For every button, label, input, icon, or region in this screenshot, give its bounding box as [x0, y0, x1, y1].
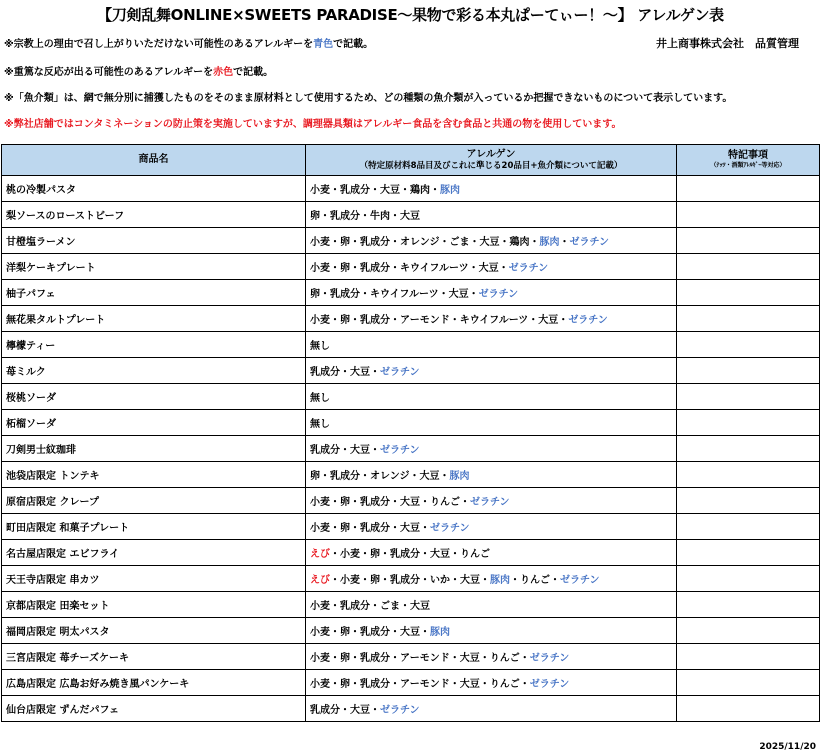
note-text: ※弊社店舗ではコンタミネーションの防止策を実施していますが、調理器具類はアレルギ… [4, 119, 621, 130]
allergen-cell: 小麦・卵・乳成分・オレンジ・ごま・大豆・鶏肉・豚肉・ゼラチン [306, 228, 677, 254]
product-name-cell: 名古屋店限定 エビフライ [2, 540, 306, 566]
allergen-cell: 小麦・卵・乳成分・アーモンド・大豆・りんご・ゼラチン [306, 644, 677, 670]
product-name-cell: 刀剣男士紋珈琲 [2, 436, 306, 462]
allergen-text: 卵・乳成分・牛肉・大豆 [310, 211, 420, 222]
product-name-cell: 原宿店限定 クレープ [2, 488, 306, 514]
allergen-religious: 豚肉 [540, 237, 560, 248]
allergen-text: 乳成分・大豆・ [310, 705, 380, 716]
table-row: 福岡店限定 明太パスタ小麦・卵・乳成分・大豆・豚肉 [2, 618, 820, 644]
allergen-cell: 小麦・乳成分・ごま・大豆 [306, 592, 677, 618]
product-name-cell: 梨ソースのローストビーフ [2, 202, 306, 228]
product-name-cell: 桃の冷製パスタ [2, 176, 306, 202]
table-row: 町田店限定 和菓子プレート小麦・卵・乳成分・大豆・ゼラチン [2, 514, 820, 540]
special-notes-cell [677, 514, 820, 540]
product-name-cell: 檸檬ティー [2, 332, 306, 358]
product-name-cell: 無花果タルトプレート [2, 306, 306, 332]
allergen-cell: 乳成分・大豆・ゼラチン [306, 696, 677, 722]
table-row: 池袋店限定 トンテキ卵・乳成分・オレンジ・大豆・豚肉 [2, 462, 820, 488]
allergen-text: 小麦・乳成分・ごま・大豆 [310, 601, 430, 612]
allergen-text: 小麦・卵・乳成分・オレンジ・ごま・大豆・鶏肉・ [310, 237, 540, 248]
table-row: 名古屋店限定 エビフライえび・小麦・卵・乳成分・大豆・りんご [2, 540, 820, 566]
allergen-cell: 小麦・卵・乳成分・アーモンド・キウイフルーツ・大豆・ゼラチン [306, 306, 677, 332]
note-severe: ※重篤な反応が出る可能性のあるアレルギーを赤色で記載。 [4, 63, 273, 78]
allergen-religious: 豚肉 [490, 575, 510, 586]
allergen-text: ・小麦・卵・乳成分・いか・大豆・ [330, 575, 490, 586]
header-product: 商品名 [2, 145, 306, 176]
special-notes-cell [677, 436, 820, 462]
allergen-text: 小麦・卵・乳成分・アーモンド・大豆・りんご・ [310, 679, 530, 690]
allergen-text: 乳成分・大豆・ [310, 445, 380, 456]
special-notes-cell [677, 540, 820, 566]
note-text: で記載。 [333, 39, 373, 50]
table-row: 洋梨ケーキプレート小麦・卵・乳成分・キウイフルーツ・大豆・ゼラチン [2, 254, 820, 280]
table-row: 桜桃ソーダ無し [2, 384, 820, 410]
allergen-religious: ゼラチン [479, 289, 519, 300]
allergen-religious: ゼラチン [560, 575, 600, 586]
note-seafood: ※「魚介類」は、網で無分別に捕獲したものをそのまま原材料として使用するため、どの… [4, 89, 732, 104]
allergen-text: 乳成分・大豆・ [310, 367, 380, 378]
special-notes-cell [677, 176, 820, 202]
special-notes-cell [677, 462, 820, 488]
table-row: 無花果タルトプレート小麦・卵・乳成分・アーモンド・キウイフルーツ・大豆・ゼラチン [2, 306, 820, 332]
allergen-text: 小麦・卵・乳成分・アーモンド・キウイフルーツ・大豆・ [310, 315, 568, 326]
table-row: 原宿店限定 クレープ小麦・卵・乳成分・大豆・りんご・ゼラチン [2, 488, 820, 514]
allergen-religious: ゼラチン [430, 523, 470, 534]
table-body: 桃の冷製パスタ小麦・乳成分・大豆・鶏肉・豚肉梨ソースのローストビーフ卵・乳成分・… [2, 176, 820, 722]
table-row: 仙台店限定 ずんだパフェ乳成分・大豆・ゼラチン [2, 696, 820, 722]
note-text: ※「魚介類」は、網で無分別に捕獲したものをそのまま原材料として使用するため、どの… [4, 93, 732, 104]
document-title: 【刀剣乱舞ONLINE×SWEETS PARADISE～果物で彩る本丸ぱーてぃー… [0, 4, 821, 25]
allergen-cell: えび・小麦・卵・乳成分・いか・大豆・豚肉・りんご・ゼラチン [306, 566, 677, 592]
special-notes-cell [677, 410, 820, 436]
special-notes-cell [677, 358, 820, 384]
product-name-cell: 柘榴ソーダ [2, 410, 306, 436]
allergen-religious: ゼラチン [380, 367, 420, 378]
table-header-row: 商品名 アレルゲン （特定原材料8品目及びこれに準じる20品目+魚介類について記… [2, 145, 820, 176]
special-notes-cell [677, 696, 820, 722]
special-notes-cell [677, 488, 820, 514]
allergen-religious: ゼラチン [380, 705, 420, 716]
special-notes-cell [677, 592, 820, 618]
special-notes-cell [677, 228, 820, 254]
product-name-cell: 広島店限定 広島お好み焼き風パンケーキ [2, 670, 306, 696]
allergen-cell: 小麦・卵・乳成分・キウイフルーツ・大豆・ゼラチン [306, 254, 677, 280]
header-notes: 特記事項 （ﾅｯﾂ・酒類ｱﾚﾙｷﾞｰ等対応） [677, 145, 820, 176]
table-row: 柘榴ソーダ無し [2, 410, 820, 436]
allergen-cell: 小麦・卵・乳成分・大豆・ゼラチン [306, 514, 677, 540]
allergen-religious: ゼラチン [530, 679, 570, 690]
allergen-religious: ゼラチン [470, 497, 510, 508]
note-highlight-red: 赤色 [213, 67, 233, 78]
product-name-cell: 三宮店限定 苺チーズケーキ [2, 644, 306, 670]
allergen-text: 小麦・卵・乳成分・大豆・りんご・ [310, 497, 470, 508]
allergen-text: ・りんご・ [510, 575, 560, 586]
header-allergen: アレルゲン （特定原材料8品目及びこれに準じる20品目+魚介類について記載） [306, 145, 677, 176]
table-row: 甘橙塩ラーメン小麦・卵・乳成分・オレンジ・ごま・大豆・鶏肉・豚肉・ゼラチン [2, 228, 820, 254]
allergen-text: 小麦・卵・乳成分・キウイフルーツ・大豆・ [310, 263, 509, 274]
table-row: 桃の冷製パスタ小麦・乳成分・大豆・鶏肉・豚肉 [2, 176, 820, 202]
product-name-cell: 洋梨ケーキプレート [2, 254, 306, 280]
table-row: 天王寺店限定 串カツえび・小麦・卵・乳成分・いか・大豆・豚肉・りんご・ゼラチン [2, 566, 820, 592]
allergen-text: 卵・乳成分・キウイフルーツ・大豆・ [310, 289, 479, 300]
allergen-text: 小麦・乳成分・大豆・鶏肉・ [310, 185, 440, 196]
table-row: 苺ミルク乳成分・大豆・ゼラチン [2, 358, 820, 384]
table-row: 広島店限定 広島お好み焼き風パンケーキ小麦・卵・乳成分・アーモンド・大豆・りんご… [2, 670, 820, 696]
table-row: 京都店限定 田楽セット小麦・乳成分・ごま・大豆 [2, 592, 820, 618]
allergen-text: ・小麦・卵・乳成分・大豆・りんご [330, 549, 490, 560]
special-notes-cell [677, 202, 820, 228]
product-name-cell: 甘橙塩ラーメン [2, 228, 306, 254]
table-row: 梨ソースのローストビーフ卵・乳成分・牛肉・大豆 [2, 202, 820, 228]
allergen-religious: ゼラチン [568, 315, 608, 326]
allergen-text: 無し [310, 393, 330, 404]
allergen-text: 無し [310, 341, 330, 352]
special-notes-cell [677, 384, 820, 410]
allergen-religious: ゼラチン [380, 445, 420, 456]
special-notes-cell [677, 306, 820, 332]
special-notes-cell [677, 670, 820, 696]
product-name-cell: 福岡店限定 明太パスタ [2, 618, 306, 644]
allergen-religious: 豚肉 [440, 185, 460, 196]
company-name: 井上商事株式会社 品質管理 [656, 35, 799, 51]
allergen-cell: 卵・乳成分・オレンジ・大豆・豚肉 [306, 462, 677, 488]
note-text: ※宗教上の理由で召し上がりいただけない可能性のあるアレルギーを [4, 39, 313, 50]
allergen-cell: 小麦・卵・乳成分・大豆・豚肉 [306, 618, 677, 644]
allergen-text: 小麦・卵・乳成分・アーモンド・大豆・りんご・ [310, 653, 530, 664]
allergen-religious: ゼラチン [530, 653, 570, 664]
note-text: ※重篤な反応が出る可能性のあるアレルギーを [4, 67, 213, 78]
allergen-cell: 小麦・卵・乳成分・アーモンド・大豆・りんご・ゼラチン [306, 670, 677, 696]
allergen-table: 商品名 アレルゲン （特定原材料8品目及びこれに準じる20品目+魚介類について記… [1, 144, 820, 722]
allergen-religious: ゼラチン [570, 237, 610, 248]
allergen-cell: 卵・乳成分・牛肉・大豆 [306, 202, 677, 228]
allergen-text: 無し [310, 419, 330, 430]
product-name-cell: 苺ミルク [2, 358, 306, 384]
allergen-severe: えび [310, 575, 330, 586]
product-name-cell: 町田店限定 和菓子プレート [2, 514, 306, 540]
allergen-cell: 乳成分・大豆・ゼラチン [306, 358, 677, 384]
special-notes-cell [677, 618, 820, 644]
allergen-cell: 小麦・卵・乳成分・大豆・りんご・ゼラチン [306, 488, 677, 514]
allergen-severe: えび [310, 549, 330, 560]
product-name-cell: 桜桃ソーダ [2, 384, 306, 410]
allergen-text: 小麦・卵・乳成分・大豆・ [310, 523, 430, 534]
allergen-text: 卵・乳成分・オレンジ・大豆・ [310, 471, 450, 482]
product-name-cell: 柚子パフェ [2, 280, 306, 306]
special-notes-cell [677, 566, 820, 592]
allergen-religious: 豚肉 [450, 471, 470, 482]
allergen-religious: ゼラチン [509, 263, 549, 274]
special-notes-cell [677, 332, 820, 358]
allergen-cell: 無し [306, 332, 677, 358]
allergen-cell: 卵・乳成分・キウイフルーツ・大豆・ゼラチン [306, 280, 677, 306]
note-religious: ※宗教上の理由で召し上がりいただけない可能性のあるアレルギーを青色で記載。 [4, 35, 373, 50]
allergen-cell: 無し [306, 410, 677, 436]
allergen-text: ・ [560, 237, 570, 248]
note-highlight-blue: 青色 [313, 39, 333, 50]
note-text: で記載。 [233, 67, 273, 78]
product-name-cell: 京都店限定 田楽セット [2, 592, 306, 618]
allergen-text: 小麦・卵・乳成分・大豆・ [310, 627, 430, 638]
product-name-cell: 仙台店限定 ずんだパフェ [2, 696, 306, 722]
special-notes-cell [677, 644, 820, 670]
allergen-cell: 無し [306, 384, 677, 410]
allergen-cell: えび・小麦・卵・乳成分・大豆・りんご [306, 540, 677, 566]
special-notes-cell [677, 254, 820, 280]
table-row: 三宮店限定 苺チーズケーキ小麦・卵・乳成分・アーモンド・大豆・りんご・ゼラチン [2, 644, 820, 670]
allergen-religious: 豚肉 [430, 627, 450, 638]
allergen-cell: 小麦・乳成分・大豆・鶏肉・豚肉 [306, 176, 677, 202]
special-notes-cell [677, 280, 820, 306]
document-date: 2025/11/20 [759, 742, 816, 752]
product-name-cell: 池袋店限定 トンテキ [2, 462, 306, 488]
product-name-cell: 天王寺店限定 串カツ [2, 566, 306, 592]
allergen-cell: 乳成分・大豆・ゼラチン [306, 436, 677, 462]
table-row: 柚子パフェ卵・乳成分・キウイフルーツ・大豆・ゼラチン [2, 280, 820, 306]
note-contamination: ※弊社店舗ではコンタミネーションの防止策を実施していますが、調理器具類はアレルギ… [4, 115, 621, 130]
table-row: 檸檬ティー無し [2, 332, 820, 358]
table-row: 刀剣男士紋珈琲乳成分・大豆・ゼラチン [2, 436, 820, 462]
